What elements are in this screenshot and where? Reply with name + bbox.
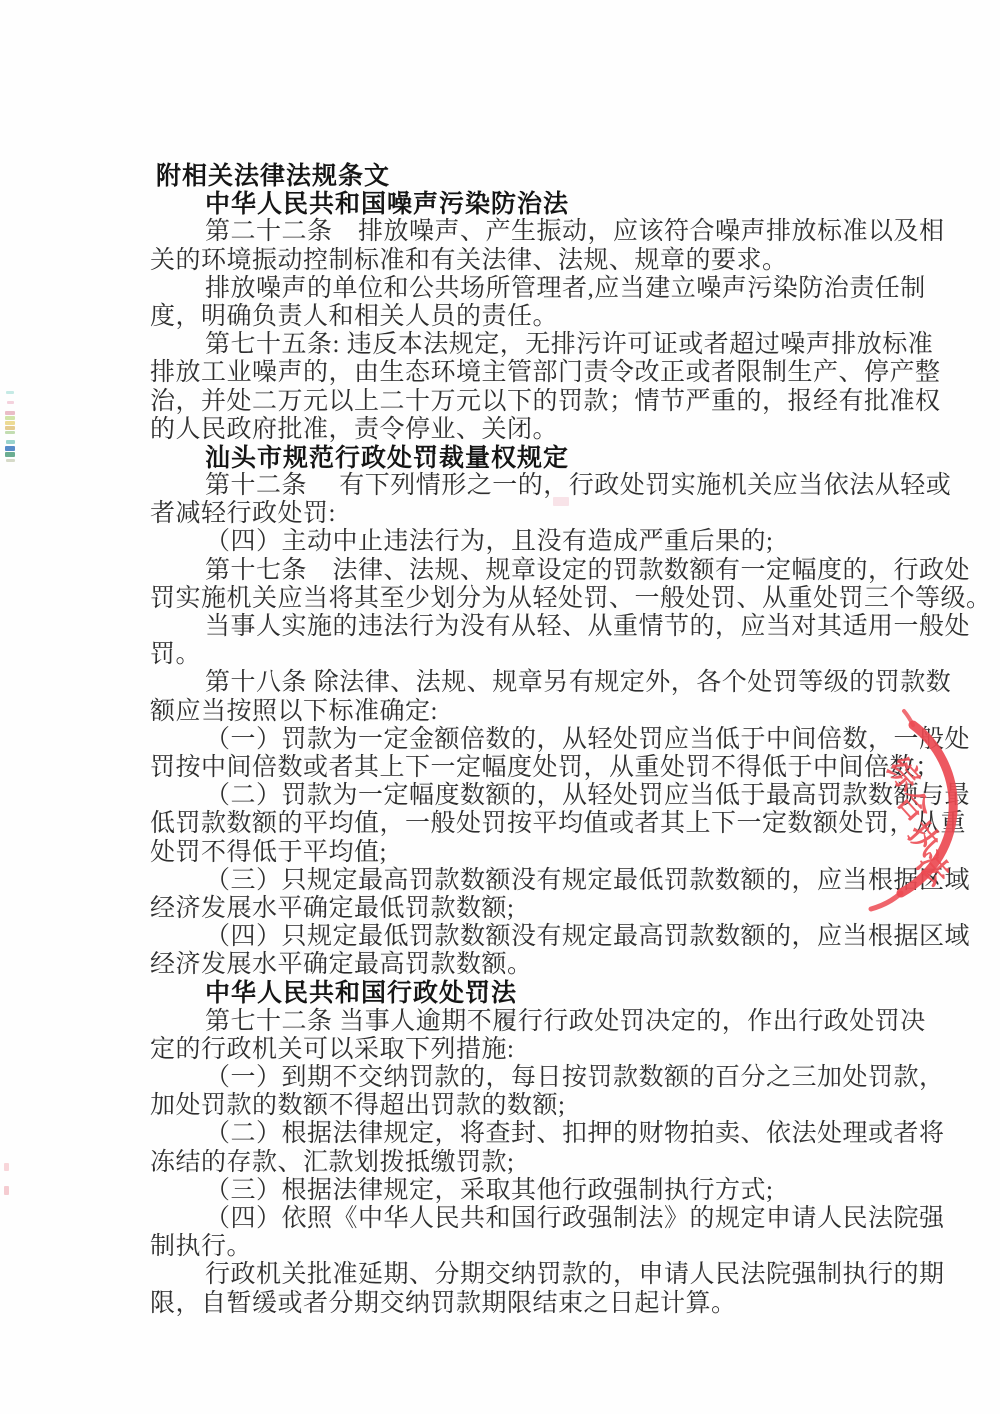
text-line: 经济发展水平确定最高罚款数额。 (150, 951, 950, 979)
text-line: （一）罚款为一定金额倍数的，从轻处罚应当低于中间倍数，一般处 (150, 726, 950, 754)
text-line: 度，明确负责人和相关人员的责任。 (150, 303, 950, 331)
text-line: 第七十五条: 违反本法规定，无排污许可证或者超过噪声排放标准 (150, 331, 950, 359)
text-line: 第十二条 有下列情形之一的，行政处罚实施机关应当依法从轻或 (150, 472, 950, 500)
text-line: 定的行政机关可以采取下列措施: (150, 1036, 950, 1064)
text-line: 第二十二条 排放噪声、产生振动，应该符合噪声排放标准以及相 (150, 218, 950, 246)
scan-artifact (4, 1186, 9, 1195)
scan-artifact (5, 421, 15, 425)
text-line: （二）根据法律规定，将查封、扣押的财物拍卖、依法处理或者将 (150, 1120, 950, 1148)
scan-artifact (6, 440, 15, 444)
text-line: 治，并处二万元以上二十万元以下的罚款；情节严重的，报经有批准权 (150, 388, 950, 416)
text-line: 第十八条 除法律、法规、规章另有规定外，各个处罚等级的罚款数 (150, 669, 950, 697)
text-line: 罚。 (150, 641, 950, 669)
text-line: 制执行。 (150, 1233, 950, 1261)
scan-artifact (5, 452, 15, 457)
text-line: 加处罚款的数额不得超出罚款的数额; (150, 1092, 950, 1120)
text-line: 处罚不得低于平均值; (150, 839, 950, 867)
text-line: 限，自暂缓或者分期交纳罚款期限结束之日起计算。 (150, 1290, 950, 1318)
scan-artifact (7, 401, 14, 404)
text-line: （三）根据法律规定，采取其他行政强制执行方式; (150, 1177, 950, 1205)
text-line: （三）只规定最高罚款数额没有规定最低罚款数额的，应当根据区域 (150, 867, 950, 895)
text-line: 经济发展水平确定最低罚款数额; (150, 895, 950, 923)
text-line: （四）只规定最低罚款数额没有规定最高罚款数额的，应当根据区域 (150, 923, 950, 951)
text-line: （四）主动中止违法行为，且没有造成严重后果的; (150, 528, 950, 556)
text-line: 第七十二条 当事人逾期不履行行政处罚决定的，作出行政处罚决 (150, 1008, 950, 1036)
text-block: 附相关法律法规条文中华人民共和国噪声污染防治法第二十二条 排放噪声、产生振动，应… (150, 162, 950, 1318)
scan-artifact (5, 416, 15, 420)
scanned-document-page: 附相关法律法规条文中华人民共和国噪声污染防治法第二十二条 排放噪声、产生振动，应… (0, 0, 1000, 1414)
official-stamp: 综合执法 (855, 705, 1000, 925)
section-heading: 中华人民共和国噪声污染防治法 (150, 190, 950, 218)
text-line: （二）罚款为一定幅度数额的，从轻处罚应当低于最高罚款数额与最 (150, 782, 950, 810)
text-line: 排放工业噪声的，由生态环境主管部门责令改正或者限制生产、停产整 (150, 359, 950, 387)
scan-artifact (5, 426, 15, 430)
scan-artifact (4, 1163, 9, 1171)
scan-artifact (6, 459, 15, 462)
text-line: 第十七条 法律、法规、规章设定的罚款数额有一定幅度的，行政处 (150, 557, 950, 585)
scan-artifact (5, 411, 15, 415)
text-line: 的人民政府批准，责令停业、关闭。 (150, 416, 950, 444)
section-heading: 汕头市规范行政处罚裁量权规定 (150, 444, 950, 472)
text-line: 者减轻行政处罚: (150, 500, 950, 528)
scan-artifact (6, 391, 14, 394)
text-line: 当事人实施的违法行为没有从轻、从重情节的，应当对其适用一般处 (150, 613, 950, 641)
text-line: 罚实施机关应当将其至少划分为从轻处罚、一般处罚、从重处罚三个等级。 (150, 585, 950, 613)
text-line: 关的环境振动控制标准和有关法律、法规、规章的要求。 (150, 247, 950, 275)
text-line: 罚按中间倍数或者其上下一定幅度处罚，从重处罚不得低于中间倍数； (150, 754, 950, 782)
text-line: （四）依照《中华人民共和国行政强制法》的规定申请人民法院强 (150, 1205, 950, 1233)
text-line: 排放噪声的单位和公共场所管理者,应当建立噪声污染防治责任制 (150, 275, 950, 303)
scan-artifact (5, 431, 15, 434)
text-line: 行政机关批准延期、分期交纳罚款的，申请人民法院强制执行的期 (150, 1261, 950, 1289)
text-line: 冻结的存款、汇款划拨抵缴罚款; (150, 1149, 950, 1177)
text-line: 额应当按照以下标准确定: (150, 698, 950, 726)
scan-artifact (5, 446, 15, 451)
section-heading: 中华人民共和国行政处罚法 (150, 979, 950, 1007)
text-line: 低罚款数额的平均值，一般处罚按平均值或者其上下一定数额处罚，从重 (150, 810, 950, 838)
document-title: 附相关法律法规条文 (156, 162, 950, 190)
text-line: （一）到期不交纳罚款的，每日按罚款数额的百分之三加处罚款， (150, 1064, 950, 1092)
